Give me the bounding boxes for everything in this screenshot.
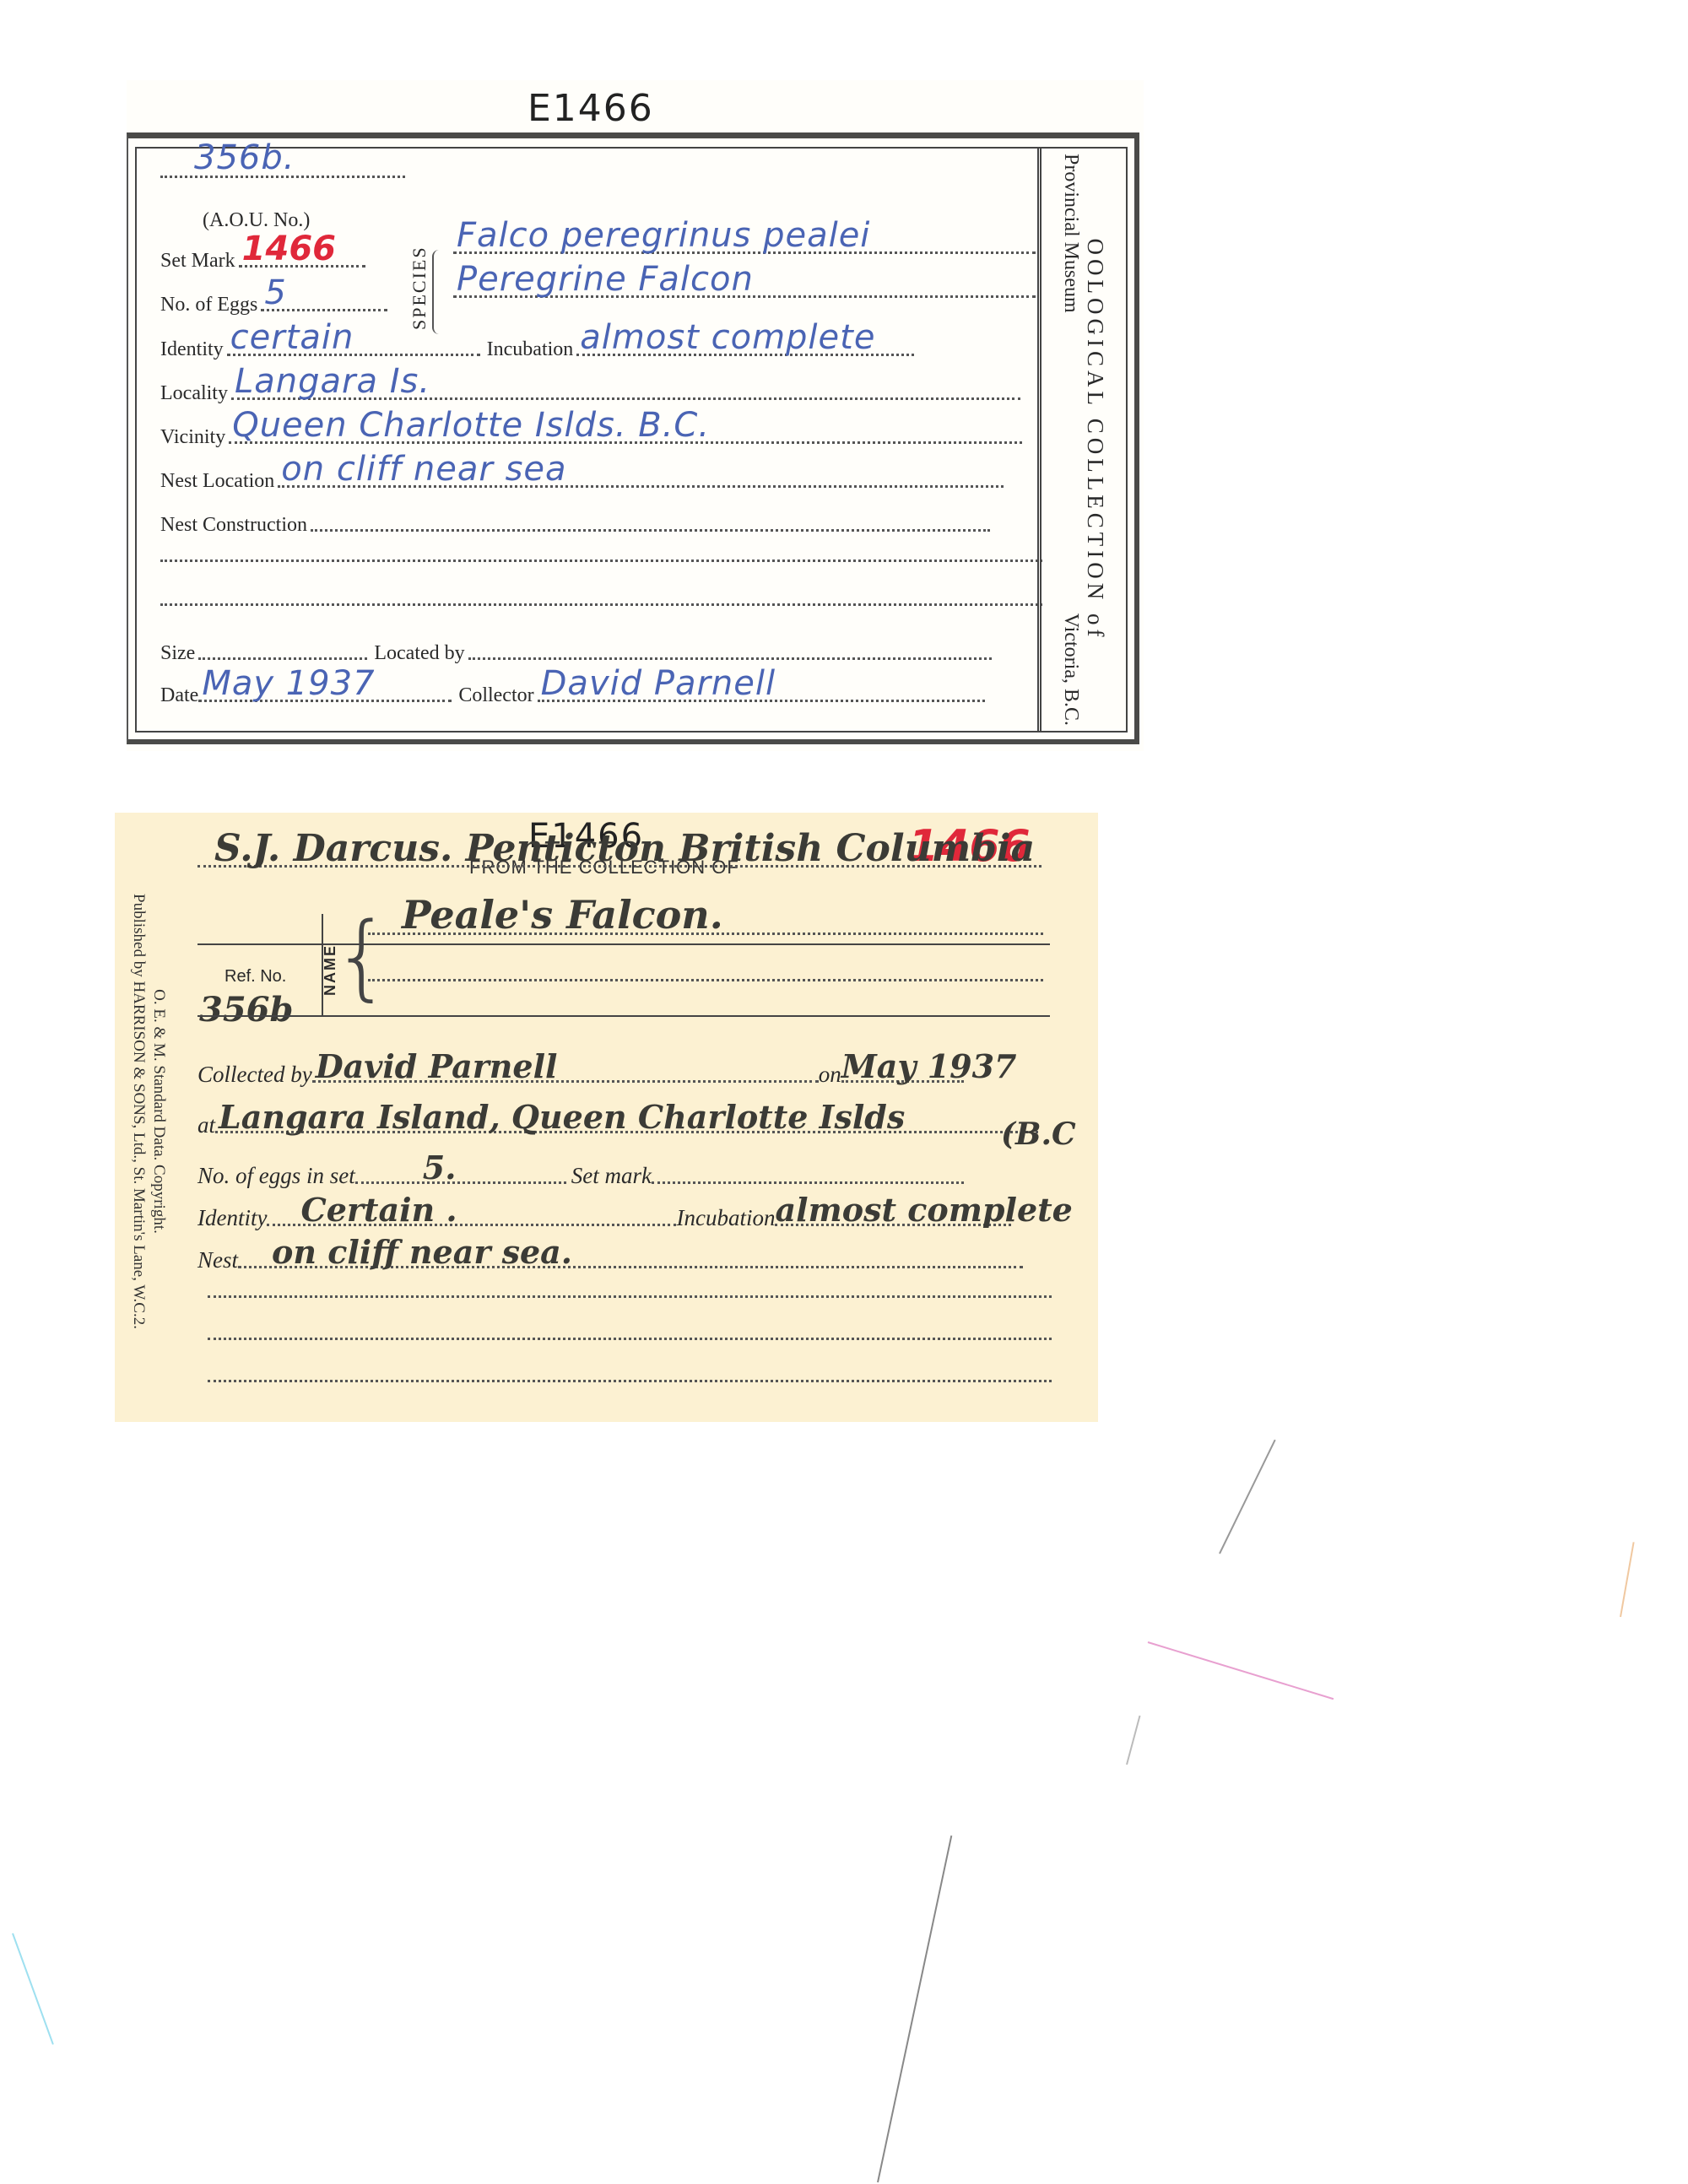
aou-label: (A.O.U. No.) <box>203 209 310 232</box>
collected-by-row: Collected by David Parnell on May 1937 <box>197 1062 964 1088</box>
eggs-in-set-value: 5. <box>423 1149 457 1187</box>
no-of-eggs-value: 5 <box>264 273 286 312</box>
divider <box>197 1015 1050 1017</box>
museum-side-panel: OOLOGICAL COLLECTION of Provincial Museu… <box>1037 149 1126 731</box>
no-of-eggs-row: No. of Eggs 5 <box>160 294 387 316</box>
blank-line-2 <box>208 1336 1052 1345</box>
collection-title: OOLOGICAL COLLECTION of <box>1082 149 1108 731</box>
species-common-row: Peregrine Falcon <box>453 294 1036 303</box>
locality-row: Locality Langara Is. <box>160 382 1020 405</box>
blank-line-2 <box>160 602 1042 611</box>
catalog-number: E1466 <box>527 87 654 130</box>
nest-row: Nest on cliff near sea. <box>197 1247 1023 1273</box>
card-inner-frame: 356b. (A.O.U. No.) Set Mark 1466 No. of … <box>135 147 1128 733</box>
scan-artifact <box>877 1835 952 2182</box>
ref-label: Ref. No. <box>225 967 286 987</box>
identity-row: Identity certain Incubation almost compl… <box>160 338 914 361</box>
card-border: 356b. (A.O.U. No.) Set Mark 1466 No. of … <box>127 132 1139 744</box>
collected-by-value: David Parnell <box>316 1047 558 1085</box>
vicinity-value: Queen Charlotte Islds. B.C. <box>232 406 710 445</box>
set-mark-row: Set Mark 1466 <box>160 250 365 273</box>
set-mark-value: 1466 <box>242 230 336 268</box>
at-row: at Langara Island, Queen Charlotte Islds <box>197 1112 1038 1138</box>
name-brace: { <box>333 910 392 1003</box>
at-continuation: (B.C <box>1001 1116 1076 1152</box>
incubation-value: almost complete <box>775 1191 1072 1229</box>
museum-name: Provincial Museum <box>1059 154 1082 313</box>
locality-value: Langara Is. <box>235 362 430 401</box>
date-value: May 1937 <box>202 664 375 703</box>
size-row: Size Located by <box>160 642 992 665</box>
blank-line-1 <box>208 1294 1052 1303</box>
museum-specimen-card: E1466 356b. (A.O.U. No.) Set Mark 1466 N… <box>127 80 1144 751</box>
scan-artifact <box>1126 1716 1140 1765</box>
identity-row: Identity Certain . Incubation almost com… <box>197 1205 1011 1231</box>
scan-artifact <box>1219 1440 1276 1554</box>
at-value: Langara Island, Queen Charlotte Islds <box>219 1098 905 1136</box>
blank-line-3 <box>208 1378 1052 1387</box>
museum-location: Victoria, B.C. <box>1059 614 1082 726</box>
blank-line-1 <box>160 558 1042 567</box>
aou-number: 356b. <box>194 138 295 177</box>
eggs-in-set-row: No. of eggs in set 5. Set mark <box>197 1163 964 1189</box>
date-row: Date May 1937 Collector David Parnell <box>160 684 985 707</box>
vicinity-row: Vicinity Queen Charlotte Islds. B.C. <box>160 426 1022 449</box>
aou-row: 356b. <box>160 174 405 183</box>
nest-location-value: on cliff near sea <box>281 450 566 489</box>
identity-value: Certain . <box>300 1191 457 1229</box>
incubation-value: almost complete <box>580 318 875 357</box>
nest-location-row: Nest Location on cliff near sea <box>160 470 1004 493</box>
ref-value: 356b <box>199 990 293 1030</box>
nest-construction-row: Nest Construction <box>160 514 990 537</box>
collected-on-value: May 1937 <box>841 1047 1017 1085</box>
species-scientific-row: Falco peregrinus pealei <box>453 250 1036 259</box>
species-common: Peregrine Falcon <box>457 260 754 299</box>
species-brace <box>432 250 441 334</box>
name-value: Peale's Falcon. <box>402 892 723 938</box>
species-scientific: Falco peregrinus pealei <box>457 216 870 255</box>
publisher-imprint: O. E. & M. Standard Data. Copyright. Pub… <box>128 867 169 1356</box>
scan-artifact <box>1620 1542 1635 1617</box>
name-row-2 <box>368 977 1043 987</box>
name-row: Peale's Falcon. <box>368 931 1043 940</box>
owner-value: S.J. Darcus. Penticton British Columbia <box>214 827 1035 870</box>
scan-artifact <box>1148 1641 1334 1700</box>
species-label: SPECIES <box>408 246 430 330</box>
scan-artifact <box>12 1933 54 2045</box>
owner-row: S.J. Darcus. Penticton British Columbia <box>197 863 1041 876</box>
collector-value: David Parnell <box>541 664 776 703</box>
nest-value: on cliff near sea. <box>272 1233 572 1271</box>
identity-value: certain <box>230 318 354 357</box>
private-collection-card: E1466 1466 FROM THE COLLECTION OF O. E. … <box>115 813 1098 1422</box>
